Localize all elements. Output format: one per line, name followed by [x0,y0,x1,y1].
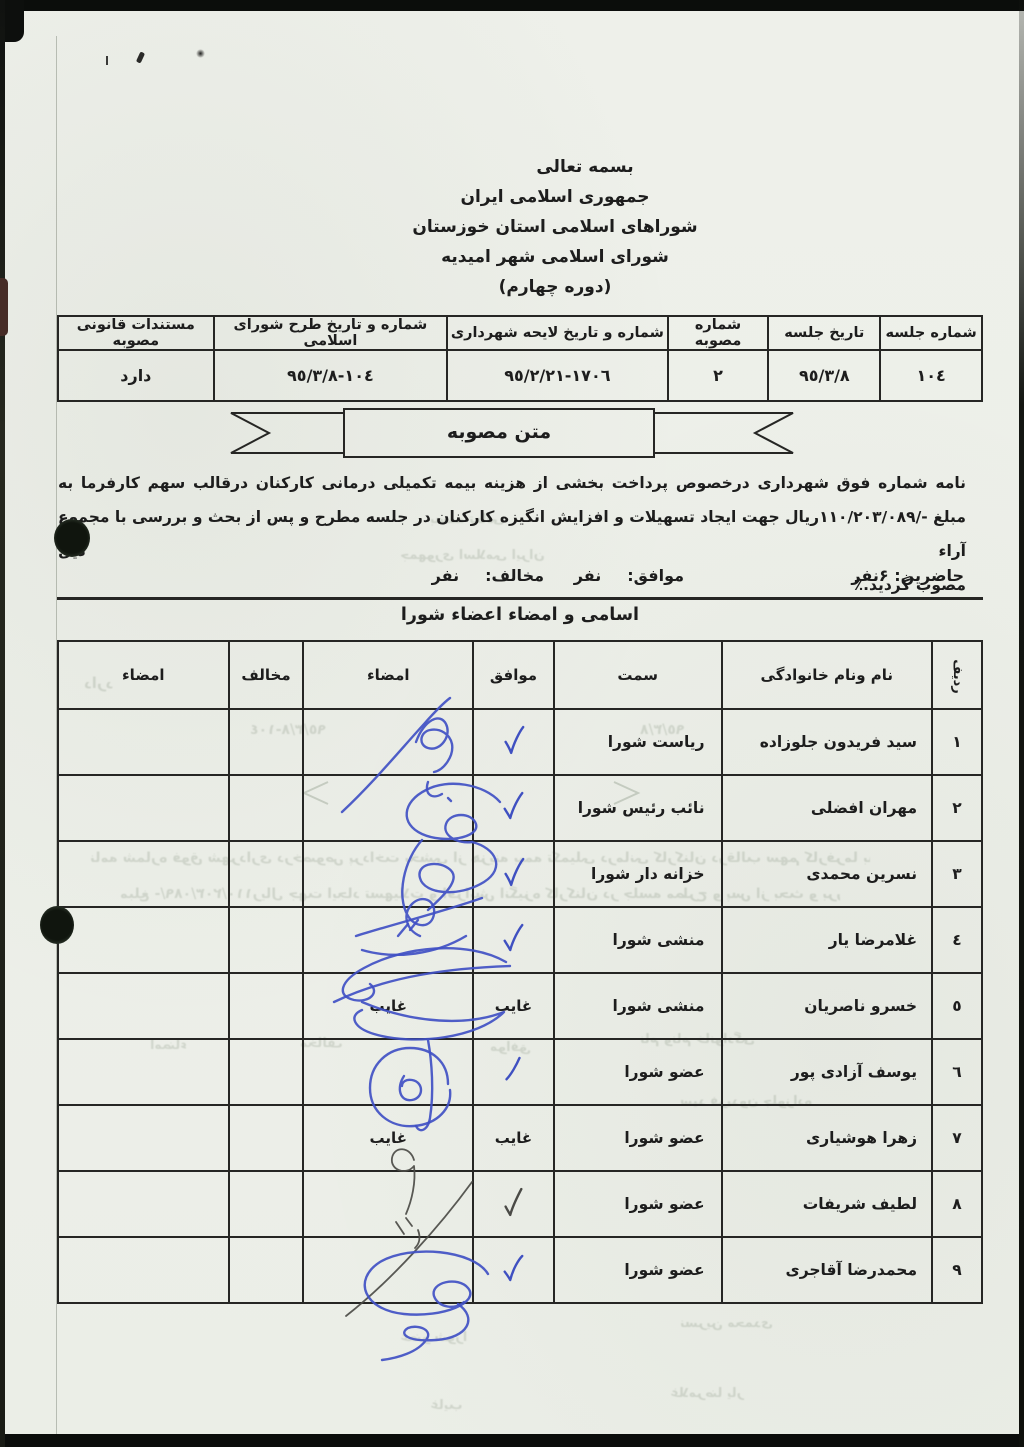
agree-checkmark [501,724,525,756]
resolution-text-line: مبلغ -/١١٠/٢٠٣/٠٨٩ریال جهت ایجاد تسهیلات… [58,500,966,568]
member-row-number: ٩ [932,1237,982,1303]
letterhead-line: شوراهای اسلامی استان خوزستان [90,212,1020,242]
agree-value: نفر [574,566,601,585]
oppose-signature-cell [58,1171,229,1237]
bleedthrough-text: غایب [430,1398,462,1413]
member-position: ریاست شورا [554,709,722,775]
signature-cell [303,775,473,841]
member-row-number: ٧ [932,1105,982,1171]
scan-edge-right [1019,0,1024,1447]
meta-header-legal-docs: مستندات قانونی مصوبه [58,316,214,350]
agree-cell [473,841,554,907]
oppose-cell [229,1171,304,1237]
oppose-cell [229,907,304,973]
member-position: خزانه دار شورا [554,841,722,907]
agree-cell [473,1171,554,1237]
agree-checkmark [501,922,525,954]
header-oppose-signature: امضاء [58,641,229,709]
meta-value-session-no: ١٠٤ [880,350,982,401]
member-position: عضو شورا [554,1105,722,1171]
meta-header-resolution-no: شماره مصوبه [668,316,769,350]
absent-label: غایب [495,1129,532,1147]
signature-cell [303,1171,473,1237]
scan-edge-left [0,0,5,1447]
member-row: ٦ یوسف آزادی پور عضو شورا [58,1039,982,1105]
member-name: یوسف آزادی پور [722,1039,933,1105]
member-row: ١ سید فریدون جلوزاده ریاست شورا [58,709,982,775]
signature-cell [303,709,473,775]
member-position: عضو شورا [554,1237,722,1303]
member-name: زهرا هوشیاری [722,1105,933,1171]
letterhead-line: جمهوری اسلامی ایران [90,182,1020,212]
oppose-signature-cell [58,841,229,907]
meta-header-row: شماره جلسه تاریخ جلسه شماره مصوبه شماره … [58,316,982,350]
header-name: نام ونام خانوادگی [722,641,933,709]
agree-cell [473,1039,554,1105]
member-name: سید فریدون جلوزاده [722,709,933,775]
header-oppose: مخالف [229,641,304,709]
letterhead-line: (دوره چهارم) [90,272,1020,302]
member-row-number: ٤ [932,907,982,973]
oppose-cell [229,1105,304,1171]
agree-count: موافق:نفر [574,566,684,585]
member-position: عضو شورا [554,1039,722,1105]
member-row: ٣ نسرین محمدی خزانه دار شورا [58,841,982,907]
hole-punch-top [54,519,90,557]
member-row-number: ٨ [932,1171,982,1237]
meta-value-session-date: ٩٥/٣/٨ [768,350,880,401]
agree-checkmark [501,1186,525,1218]
scan-blot [0,278,8,336]
meta-value-plan-no-date: ١٠٤-٩٥/٣/٨ [214,350,447,401]
agree-checkmark [501,856,525,888]
meta-value-resolution-no: ٢ [668,350,769,401]
member-row: ٤ غلامرضا یار منشی شورا [58,907,982,973]
oppose-cell [229,709,304,775]
ink-speck [106,56,108,65]
header-signature: امضاء [303,641,473,709]
member-row: ٥ خسرو ناصریان منشی شورا غایب غایب [58,973,982,1039]
header-row-no: ردیف [932,641,982,709]
member-position: منشی شورا [554,973,722,1039]
absent-label: غایب [370,997,407,1015]
absent-label: غایب [370,1129,407,1147]
agree-cell [473,709,554,775]
member-row-number: ١ [932,709,982,775]
scanned-council-resolution-page: بسمه تعالی جمهوری اسلامی ایران دارد ١٠٤-… [0,0,1024,1447]
member-position: منشی شورا [554,907,722,973]
present-count: حاضرین: ۶نفر [851,566,964,585]
header-row-no-label: ردیف [950,659,965,694]
member-name: لطیف شریفات [722,1171,933,1237]
member-name: غلامرضا یار [722,907,933,973]
oppose-cell [229,1039,304,1105]
agree-checkmark [501,790,525,822]
hole-punch-bottom [40,906,74,944]
resolution-text-line: نامه شماره فوق شهرداری درخصوص پرداخت بخش… [58,466,966,500]
oppose-cell [229,973,304,1039]
member-name: نسرین محمدی [722,841,933,907]
header-agree: موافق [473,641,554,709]
signature-cell [303,1039,473,1105]
document-letterhead: بسمه تعالی جمهوری اسلامی ایران شوراهای ا… [90,152,1020,302]
absent-label: غایب [495,997,532,1015]
member-position: نائب رئیس شورا [554,775,722,841]
oppose-signature-cell [58,709,229,775]
meta-header-session-no: شماره جلسه [880,316,982,350]
bleedthrough-text: عضو شورا [400,1330,467,1345]
member-row-number: ٢ [932,775,982,841]
meta-value-row: ١٠٤ ٩٥/٣/٨ ٢ ١٧٠٦-٩٥/٢/٢١ ١٠٤-٩٥/٣/٨ دار… [58,350,982,401]
member-position: عضو شورا [554,1171,722,1237]
member-row: ٧ زهرا هوشیاری عضو شورا غایب غایب [58,1105,982,1171]
agree-checkmark [501,1054,525,1086]
agree-cell: غایب [473,973,554,1039]
oppose-value: نفر [432,566,459,585]
scan-edge-top [0,0,1024,11]
bleedthrough-text: غلامرضا یار [670,1386,744,1401]
signature-cell [303,1237,473,1303]
member-name: مهران افضلی [722,775,933,841]
bleedthrough-text: نسرین محمدی [680,1316,773,1331]
meta-header-bill-no-date: شماره و تاریخ لایحه شهرداری [447,316,668,350]
ink-speck [136,51,145,63]
section-divider [57,597,983,600]
oppose-signature-cell [58,1039,229,1105]
member-row-number: ٥ [932,973,982,1039]
oppose-signature-cell [58,1237,229,1303]
member-name: محمدرضا آقاجری [722,1237,933,1303]
oppose-signature-cell [58,973,229,1039]
ink-speck [196,49,205,58]
oppose-signature-cell [58,1105,229,1171]
meta-value-bill-no-date: ١٧٠٦-٩٥/٢/٢١ [447,350,668,401]
attendance-line: حاضرین: ۶نفر موافق:نفر مخالف:نفر [58,566,966,592]
member-row: ٨ لطیف شریفات عضو شورا [58,1171,982,1237]
agree-checkmark [501,1252,525,1284]
resolution-title-banner: متن مصوبه [227,407,797,459]
member-row-number: ٣ [932,841,982,907]
meta-header-plan-no-date: شماره و تاریخ طرح شورای اسلامی [214,316,447,350]
oppose-label: مخالف: [485,566,544,585]
oppose-cell [229,841,304,907]
resolution-meta-table: شماره جلسه تاریخ جلسه شماره مصوبه شماره … [57,315,983,402]
oppose-cell [229,775,304,841]
oppose-cell [229,1237,304,1303]
signature-cell: غایب [303,973,473,1039]
banner-title: متن مصوبه [344,407,654,457]
oppose-signature-cell [58,907,229,973]
letterhead-line: شورای اسلامی شهر امیدیه [90,242,1020,272]
oppose-count: مخالف:نفر [432,566,544,585]
oppose-signature-cell [58,775,229,841]
signature-cell [303,907,473,973]
member-name: خسرو ناصریان [722,973,933,1039]
meta-value-legal-docs: دارد [58,350,214,401]
meta-header-session-date: تاریخ جلسه [768,316,880,350]
agree-cell: غایب [473,1105,554,1171]
agree-cell [473,775,554,841]
member-row-number: ٦ [932,1039,982,1105]
agree-label: موافق: [627,566,684,585]
member-row: ٩ محمدرضا آقاجری عضو شورا [58,1237,982,1303]
signature-cell: غایب [303,1105,473,1171]
signature-cell [303,841,473,907]
agree-cell [473,907,554,973]
member-row: ٢ مهران افضلی نائب رئیس شورا [58,775,982,841]
members-signature-table: ردیف نام ونام خانوادگی سمت موافق امضاء م… [57,640,983,1304]
header-position: سمت [554,641,722,709]
members-section-title: اسامی و امضاء اعضاء شورا [57,605,983,625]
members-header-row: ردیف نام ونام خانوادگی سمت موافق امضاء م… [58,641,982,709]
agree-cell [473,1237,554,1303]
scan-edge-bottom [0,1434,1024,1447]
letterhead-line: بسمه تعالی [120,152,1024,182]
